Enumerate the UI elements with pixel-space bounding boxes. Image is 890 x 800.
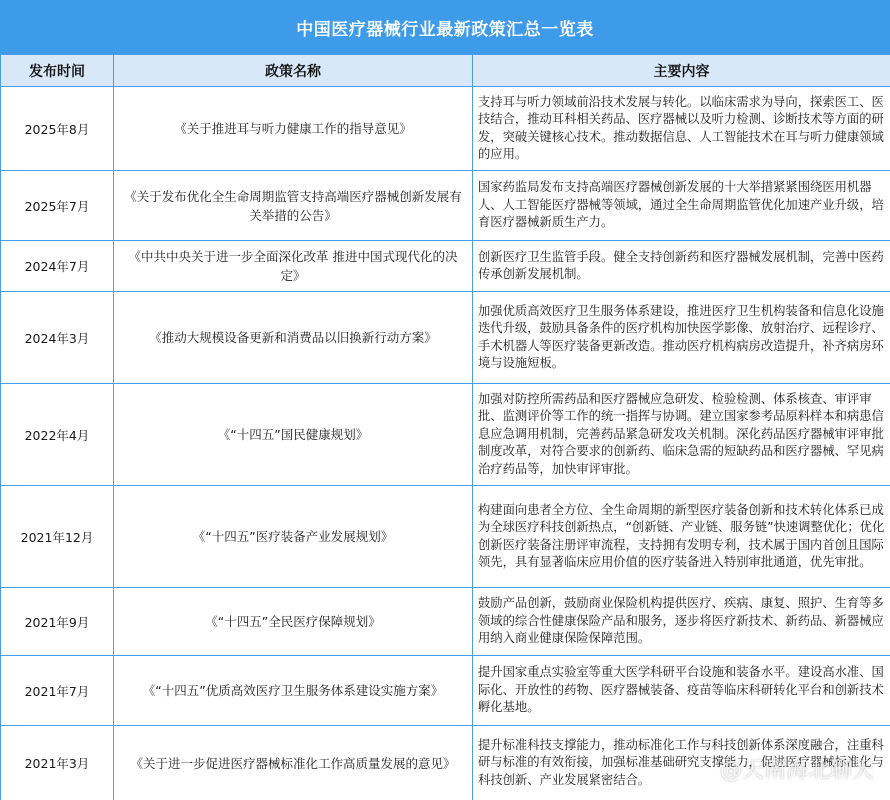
table-row: 2024年3月 《推动大规模设备更新和消费品以旧换新行动方案》 加强优质高效医疗… bbox=[1, 292, 890, 384]
row-policy-name: 《关于进一步促进医疗器械标准化工作高质量发展的意见》 bbox=[114, 726, 473, 800]
row-content: 提升标准科技支撑能力，推动标准化工作与科技创新体系深度融合，注重科研与标准的有效… bbox=[473, 726, 890, 800]
header-date: 发布时间 bbox=[1, 55, 114, 87]
row-policy-name: 《“十四五”优质高效医疗卫生服务体系建设实施方案》 bbox=[114, 656, 473, 726]
row-content: 支持耳与听力领域前沿技术发展与转化。以临床需求为导向，探索医工、医技结合，推动耳… bbox=[473, 87, 890, 171]
row-date: 2021年9月 bbox=[1, 588, 114, 656]
row-policy-name: 《关于推进耳与听力健康工作的指导意见》 bbox=[114, 87, 473, 171]
table-row: 2021年12月 《“十四五”医疗装备产业发展规划》 构建面向患者全方位、全生命… bbox=[1, 486, 890, 588]
row-date: 2022年4月 bbox=[1, 384, 114, 486]
table-row: 2021年7月 《“十四五”优质高效医疗卫生服务体系建设实施方案》 提升国家重点… bbox=[1, 656, 890, 726]
row-content: 国家药监局发布支持高端医疗器械创新发展的十大举措紧紧围绕医用机器人、人工智能医疗… bbox=[473, 171, 890, 241]
row-content: 提升国家重点实验室等重大医学科研平台设施和装备水平。建设高水准、国际化、开放性的… bbox=[473, 656, 890, 726]
row-date: 2021年3月 bbox=[1, 726, 114, 800]
row-date: 2021年12月 bbox=[1, 486, 114, 588]
table-row: 2024年7月 《中共中央关于进一步全面深化改革 推进中国式现代化的决定》 创新… bbox=[1, 241, 890, 292]
table-row: 2025年8月 《关于推进耳与听力健康工作的指导意见》 支持耳与听力领域前沿技术… bbox=[1, 87, 890, 171]
policy-table: 发布时间 政策名称 主要内容 2025年8月 《关于推进耳与听力健康工作的指导意… bbox=[0, 54, 890, 800]
row-policy-name: 《关于发布优化全生命周期监管支持高端医疗器械创新发展有关举措的公告》 bbox=[114, 171, 473, 241]
row-date: 2024年3月 bbox=[1, 292, 114, 384]
row-date: 2021年7月 bbox=[1, 656, 114, 726]
row-content: 加强优质高效医疗卫生服务体系建设，推进医疗卫生机构装备和信息化设施迭代升级，鼓励… bbox=[473, 292, 890, 384]
table-title: 中国医疗器械行业最新政策汇总一览表 bbox=[0, 0, 890, 54]
row-date: 2024年7月 bbox=[1, 241, 114, 292]
table-row: 2022年4月 《“十四五”国民健康规划》 加强对防控所需药品和医疗器械应急研发… bbox=[1, 384, 890, 486]
row-content: 构建面向患者全方位、全生命周期的新型医疗装备创新和技术转化体系已成为全球医疗科技… bbox=[473, 486, 890, 588]
row-content: 创新医疗卫生监管手段。健全支持创新药和医疗器械发展机制，完善中医药传承创新发展机… bbox=[473, 241, 890, 292]
table-row: 2021年3月 《关于进一步促进医疗器械标准化工作高质量发展的意见》 提升标准科… bbox=[1, 726, 890, 800]
row-policy-name: 《中共中央关于进一步全面深化改革 推进中国式现代化的决定》 bbox=[114, 241, 473, 292]
header-content: 主要内容 bbox=[473, 55, 890, 87]
row-policy-name: 《“十四五”全民医疗保障规划》 bbox=[114, 588, 473, 656]
header-row: 发布时间 政策名称 主要内容 bbox=[1, 55, 890, 87]
row-content: 鼓励产品创新，鼓励商业保险机构提供医疗、疾病、康复、照护、生育等多领域的综合性健… bbox=[473, 588, 890, 656]
row-content: 加强对防控所需药品和医疗器械应急研发、检验检测、体系核查、审评审批、监测评价等工… bbox=[473, 384, 890, 486]
row-policy-name: 《“十四五”国民健康规划》 bbox=[114, 384, 473, 486]
header-policy-name: 政策名称 bbox=[114, 55, 473, 87]
table-row: 2025年7月 《关于发布优化全生命周期监管支持高端医疗器械创新发展有关举措的公… bbox=[1, 171, 890, 241]
row-date: 2025年7月 bbox=[1, 171, 114, 241]
table-row: 2021年9月 《“十四五”全民医疗保障规划》 鼓励产品创新，鼓励商业保险机构提… bbox=[1, 588, 890, 656]
row-policy-name: 《“十四五”医疗装备产业发展规划》 bbox=[114, 486, 473, 588]
row-date: 2025年8月 bbox=[1, 87, 114, 171]
row-policy-name: 《推动大规模设备更新和消费品以旧换新行动方案》 bbox=[114, 292, 473, 384]
